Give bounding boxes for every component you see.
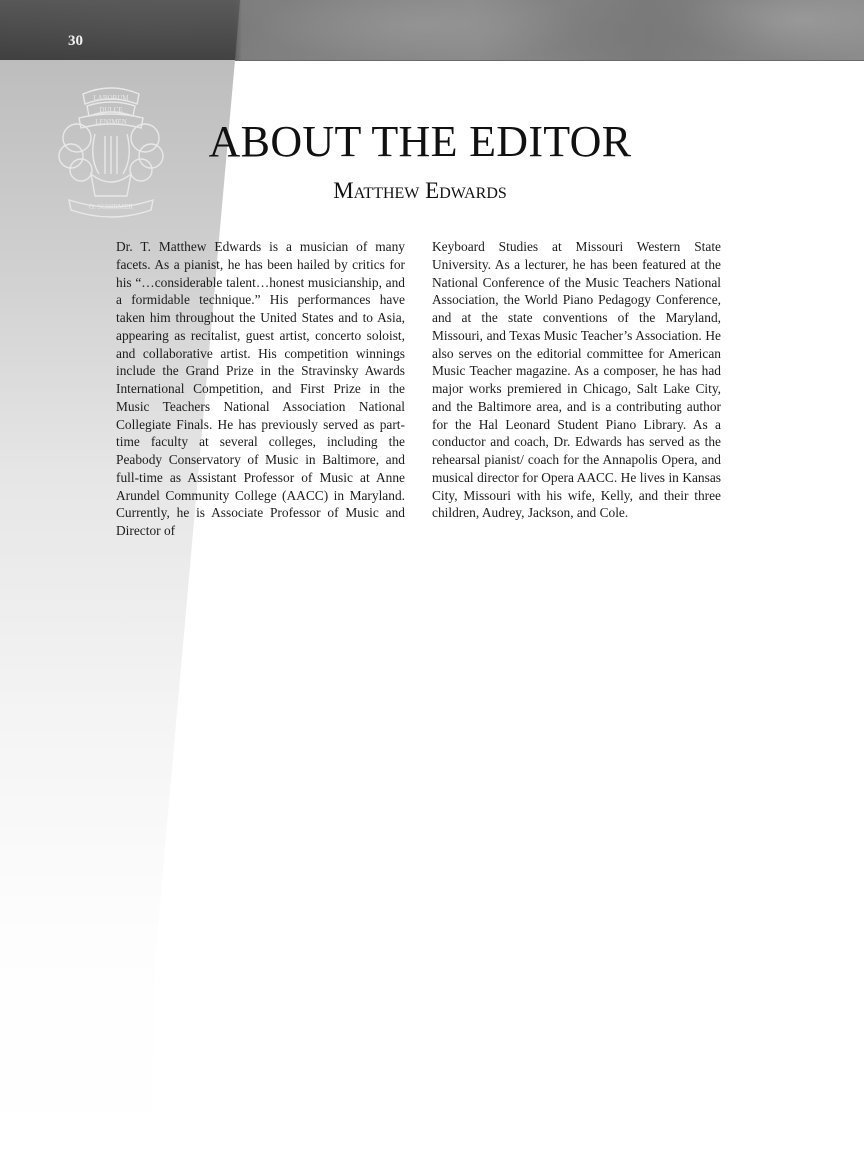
header-dark-cap [0,0,240,60]
page-title: ABOUT THE EDITOR [200,118,640,166]
editor-name: Matthew Edwards [200,178,640,204]
header-band: 30 [0,0,864,61]
crest-text-dulce: DULCE [99,106,122,114]
crest-text-schirmer: G. SCHIRMER [89,203,134,211]
side-gradient-wedge [0,60,240,1152]
bio-column-right: Keyboard Studies at Missouri Western Sta… [432,238,721,522]
bio-column-left: Dr. T. Matthew Edwards is a musician of … [116,238,405,540]
crest-text-lenimen: LENIMEN [95,118,127,126]
crest-text-laborum: LABORUM [93,94,129,102]
title-block: ABOUT THE EDITOR Matthew Edwards [200,118,640,204]
schirmer-crest-icon: LABORUM DULCE LENIMEN G. SCHIRMER [55,78,167,223]
page-number: 30 [68,33,83,50]
